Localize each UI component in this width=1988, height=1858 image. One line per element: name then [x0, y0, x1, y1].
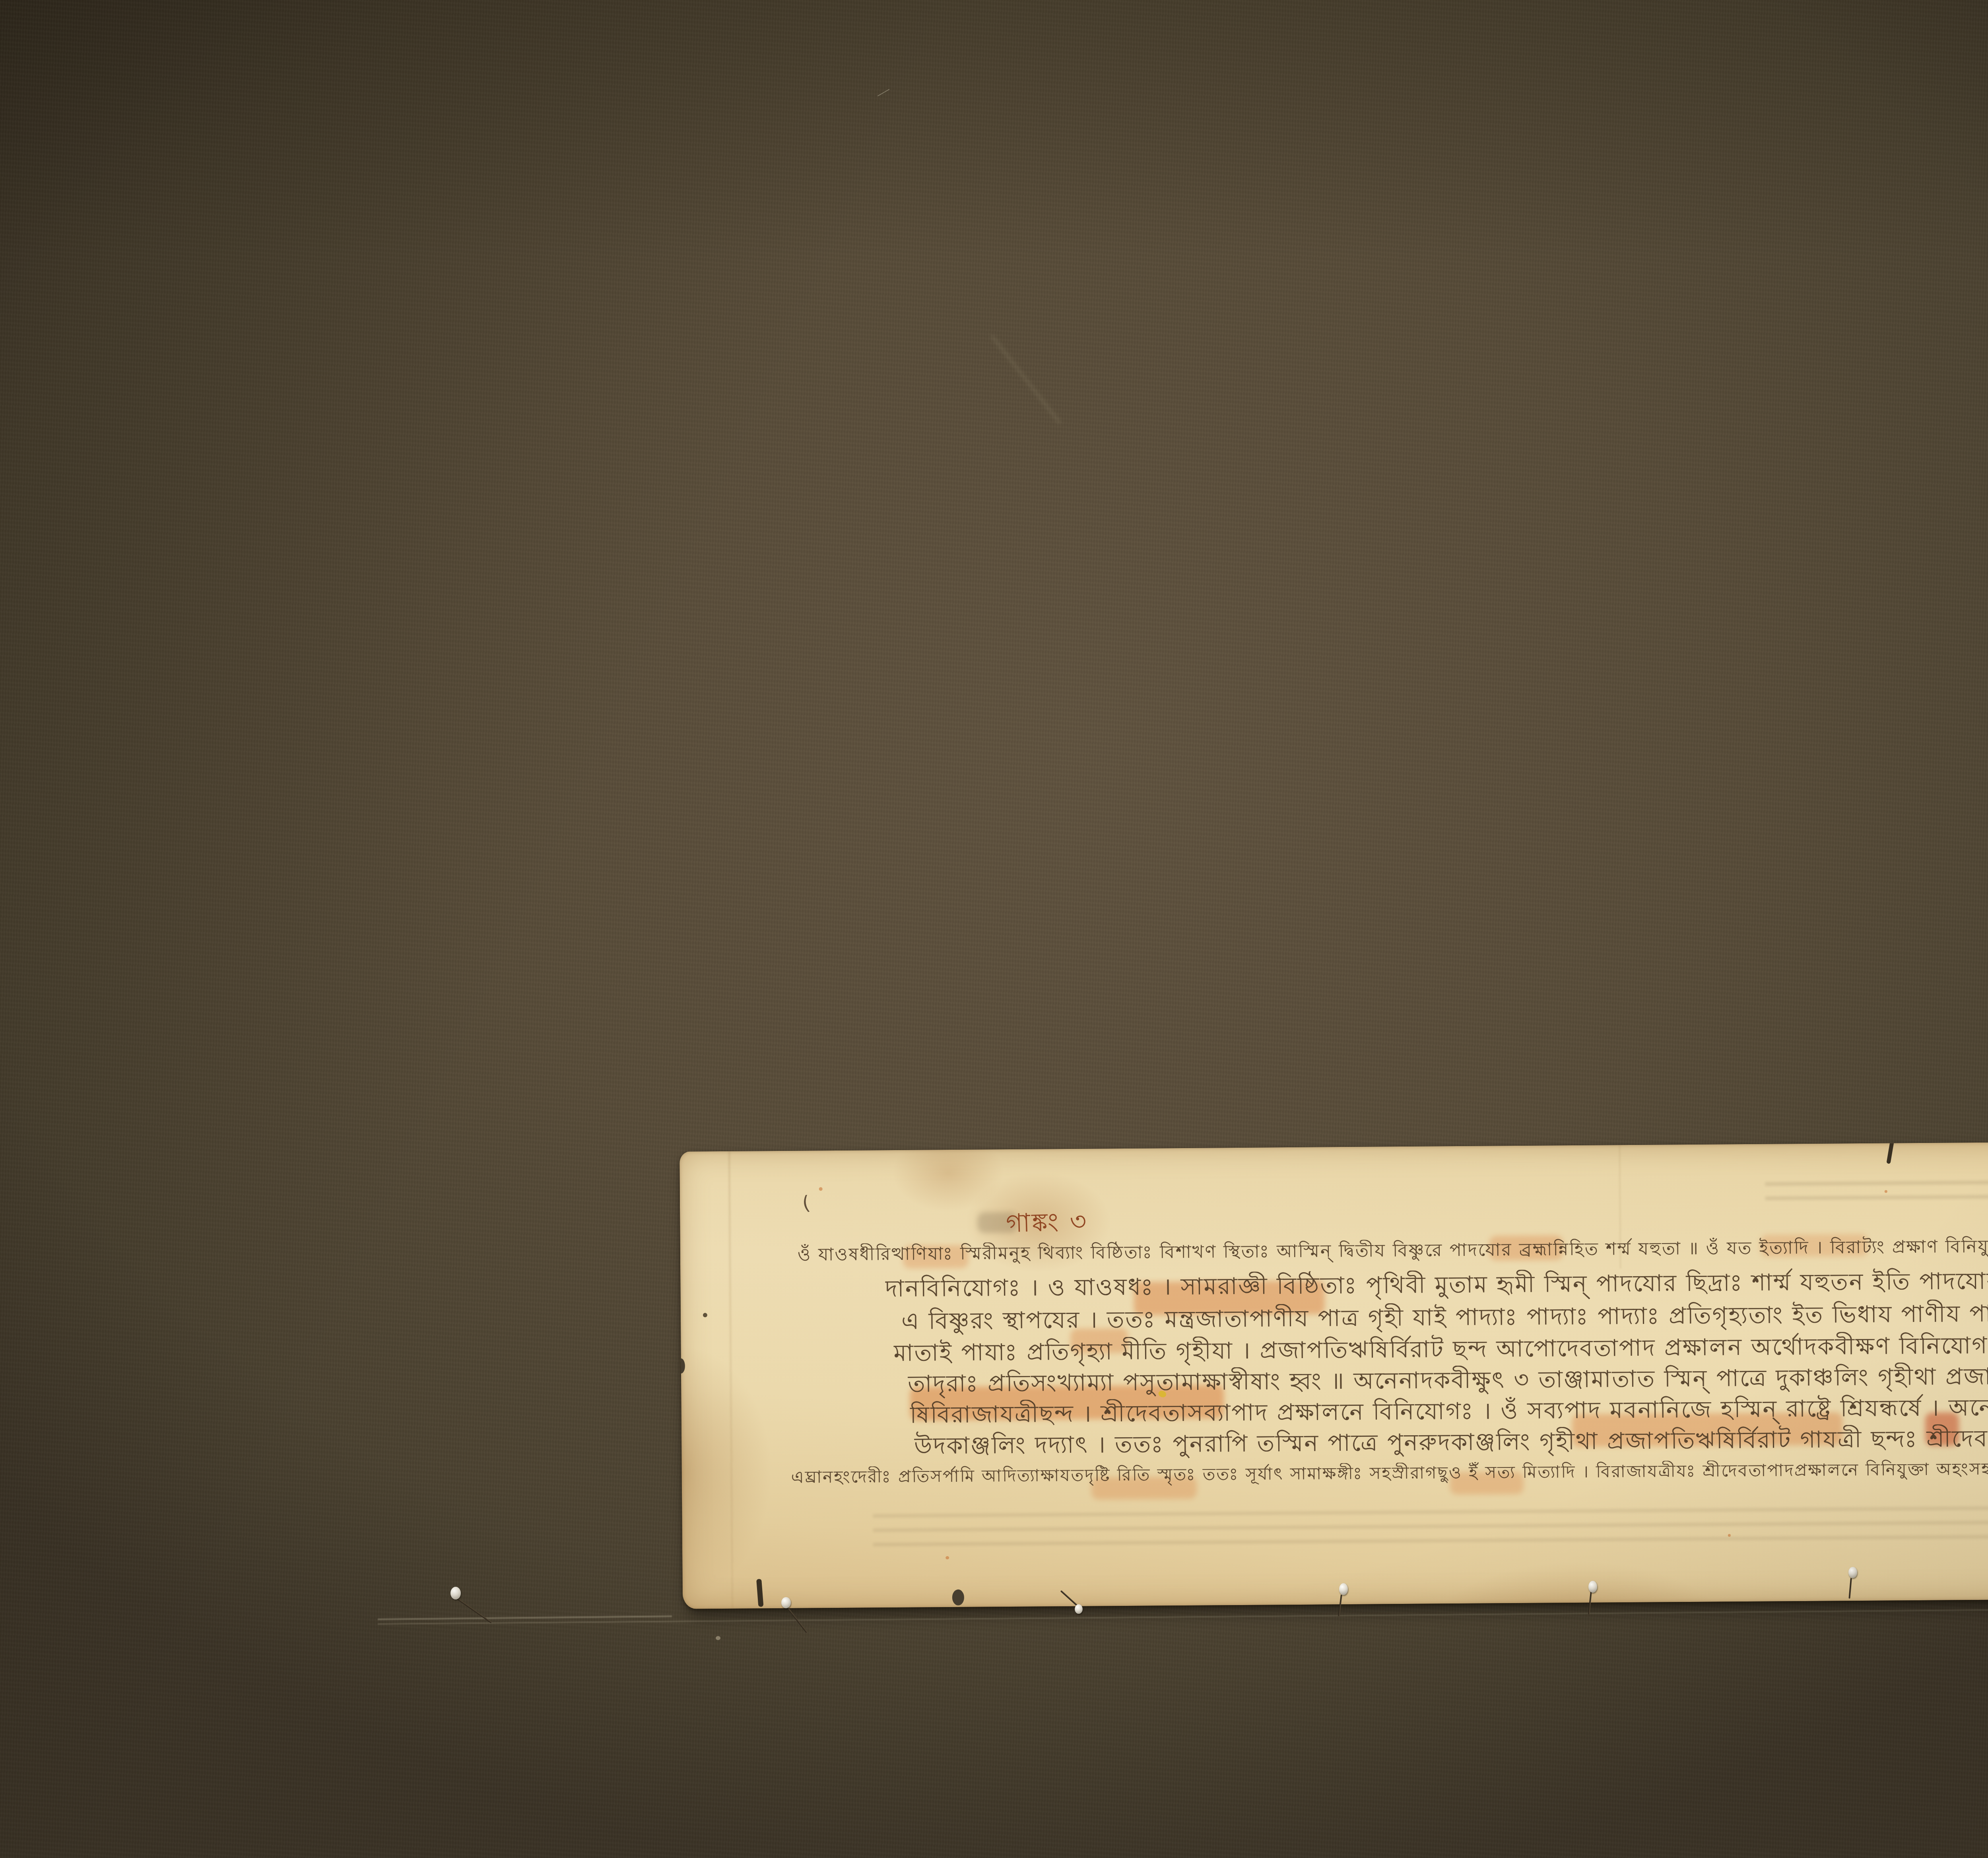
show-through-text [873, 1502, 1988, 1551]
edge-notch [952, 1590, 964, 1605]
speck [1885, 1190, 1887, 1193]
ink-dot [703, 1313, 707, 1317]
ink-mark: ( [801, 1191, 812, 1215]
board-speck [716, 1636, 720, 1640]
pin-head [781, 1597, 791, 1608]
speck [1728, 1534, 1731, 1537]
speck [945, 1556, 949, 1559]
text-line-1: ওঁ যাওষধীরিত্থাণিযাঃ স্মিরীমনুহ থিব্যাং … [798, 1233, 1988, 1270]
edge-slit [756, 1579, 763, 1607]
speck [819, 1187, 823, 1191]
board-fiber [878, 89, 889, 97]
board-sheen [990, 334, 1062, 424]
text-line-2: দানবিনিযোগঃ । ও যাওষধঃ । সামরাজ্ঞী বিষ্ঠ… [885, 1264, 1988, 1305]
pin-head [1075, 1604, 1083, 1614]
edge-slit [1886, 1141, 1894, 1164]
manuscript-sheet: গাঙ্কং ৩ ( । ৬৬ । ওঁ যাওষধীরিত্থাণিযাঃ স… [679, 1139, 1988, 1609]
pin-head [1339, 1583, 1348, 1595]
board-scratch-line [378, 1604, 1988, 1625]
pin-head [450, 1587, 461, 1600]
pin-head [1588, 1581, 1597, 1593]
backing-board: গাঙ্কং ৩ ( । ৬৬ । ওঁ যাওষধীরিত্থাণিযাঃ স… [0, 0, 1988, 1858]
board-chalk-mark [378, 1615, 672, 1620]
pin-needle [457, 1598, 492, 1623]
pin-head [1848, 1567, 1857, 1578]
edge-notch [679, 1359, 685, 1374]
show-through-text [1765, 1180, 1988, 1210]
header-label: গাঙ্কং ৩ [1006, 1202, 1089, 1247]
paper-crease [728, 1151, 733, 1609]
